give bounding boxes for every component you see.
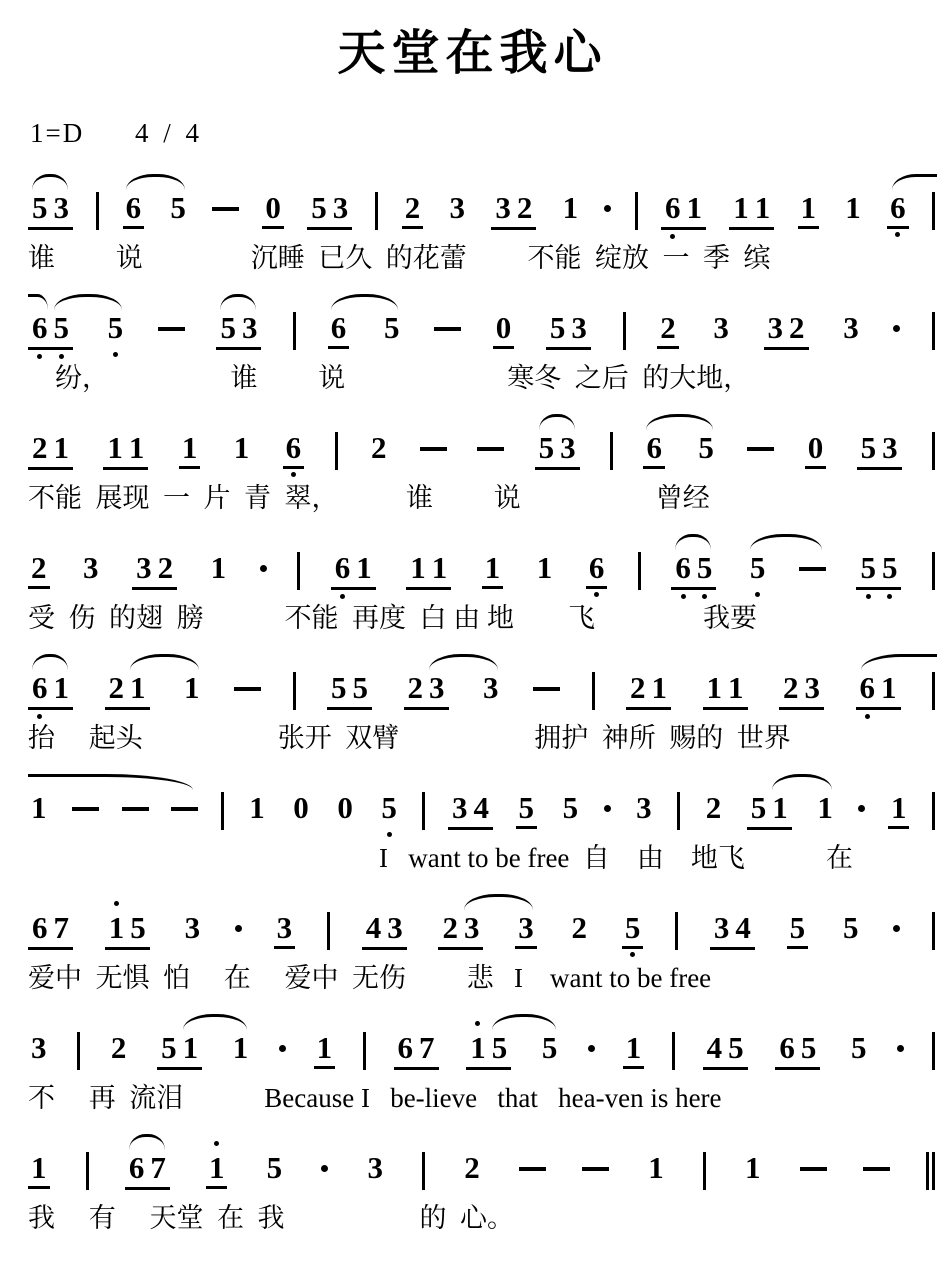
note-group: 32 [132, 550, 177, 590]
duration-dash [800, 1167, 827, 1171]
score-system: 5365053233216111116谁 说 沉睡 已久 的花蕾 不能 绽放 一… [28, 172, 937, 292]
lyrics-line: 谁 说 沉睡 已久 的花蕾 不能 绽放 一 季 缤 [28, 241, 937, 275]
note-group: 23 [404, 670, 449, 710]
note: 1 [407, 550, 429, 586]
dotted-note-dot [858, 805, 865, 812]
note: 1 [51, 670, 73, 706]
barline [638, 552, 641, 590]
duration-dash [122, 807, 149, 811]
barline [293, 672, 296, 710]
note: 5 [378, 790, 400, 829]
note: 1 [51, 430, 73, 466]
note: 5 [489, 1030, 511, 1066]
score-system: 655536505323323 纷， 谁 说 寒冬 之后 的大地， [28, 292, 937, 412]
barline [293, 312, 296, 350]
note-group: 5 [167, 190, 189, 229]
note: 6 [126, 1150, 148, 1186]
note-group: 65 [671, 550, 716, 590]
note: 4 [732, 910, 754, 946]
score-system: 211111625365053不能 展现 一 片 青 翠， 谁 说 曾经 [28, 412, 937, 532]
note: 5 [539, 1030, 561, 1069]
note-group: 53 [546, 310, 591, 350]
note-group: 5 [695, 430, 717, 469]
slur-arc [129, 1134, 165, 1150]
note-group: 1 [179, 430, 201, 469]
note: 1 [230, 1030, 252, 1069]
key-time-line: 1=D 4 / 4 [30, 118, 203, 149]
barline [932, 552, 935, 590]
note-group: 21 [28, 430, 73, 470]
note: 6 [586, 550, 608, 589]
note-group: 2 [402, 190, 424, 229]
note-group: 11 [729, 190, 774, 230]
note-group: 67 [125, 1150, 170, 1190]
note-group: 3 [840, 310, 862, 349]
note: 3 [765, 310, 787, 346]
slur-arc [220, 294, 256, 310]
score-system: 110053455325111 I want to be free 自 由 地飞… [28, 772, 937, 892]
note-group: 1 [888, 790, 910, 829]
barline [422, 1152, 425, 1190]
note: 5 [694, 550, 716, 586]
score: 5365053233216111116谁 说 沉睡 已久 的花蕾 不能 绽放 一… [28, 172, 937, 1252]
dotted-note-dot [279, 1045, 286, 1052]
time-signature: 4 / 4 [135, 118, 203, 148]
barline [363, 1032, 366, 1070]
note: 2 [786, 310, 808, 346]
duration-dash [171, 807, 198, 811]
note: 1 [814, 790, 836, 829]
barline [96, 192, 99, 230]
duration-dash [477, 447, 504, 451]
note: 3 [633, 790, 655, 829]
note-group: 21 [105, 670, 150, 710]
note-group: 1 [231, 430, 253, 469]
note-group: 15 [105, 910, 150, 950]
slur-arc [28, 774, 193, 790]
note: 5 [748, 790, 770, 826]
note: 5 [167, 190, 189, 229]
score-system: 23321611111665555受 伤 的翅 膀 不能 再度 白 由 地 飞 … [28, 532, 937, 652]
note-group: 1 [814, 790, 836, 829]
note: 6 [283, 430, 305, 469]
duration-dash [72, 807, 99, 811]
note-group: 0 [262, 190, 284, 229]
note-group: 5 [622, 910, 644, 949]
dotted-note-dot [893, 925, 900, 932]
note: 1 [645, 1150, 667, 1189]
barline [327, 912, 330, 950]
duration-dash [434, 327, 461, 331]
notes-row: 67153343233253455 [28, 892, 937, 952]
barline [932, 312, 935, 350]
note: 6 [643, 430, 665, 469]
note-group: 2 [461, 1150, 483, 1189]
note: 2 [402, 190, 424, 229]
slur-arc [772, 774, 832, 790]
note-group: 1 [208, 550, 230, 589]
lyrics-line: 不 再 流泪 Because I be-lieve that hea-ven i… [28, 1081, 937, 1115]
dotted-note-dot [604, 205, 611, 212]
note: 1 [842, 190, 864, 229]
notes-row: 655536505323323 [28, 292, 937, 352]
note-group: 65 [775, 1030, 820, 1070]
note: 1 [180, 1030, 202, 1066]
note-group: 1 [230, 1030, 252, 1069]
slur-arc [429, 654, 498, 670]
slur-arc [32, 174, 68, 190]
note: 7 [147, 1150, 169, 1186]
note: 4 [704, 1030, 726, 1066]
note: 3 [557, 430, 579, 466]
lyrics-line: 爱中 无惧 怕 在 爱中 无伤 悲 I want to be free [28, 961, 937, 995]
note: 0 [334, 790, 356, 829]
note-group: 2 [703, 790, 725, 829]
note: 3 [80, 550, 102, 589]
slur-arc [32, 654, 68, 670]
score-system: 67153343233253455爱中 无惧 怕 在 爱中 无伤 悲 I wan… [28, 892, 937, 1012]
score-system: 167153211我 有 天堂 在 我 的 心。 [28, 1132, 937, 1252]
note-group: 5 [840, 910, 862, 949]
note: 3 [426, 670, 448, 706]
note-group: 61 [856, 670, 901, 710]
duration-dash [747, 447, 774, 451]
note: 1 [769, 790, 791, 826]
note: 1 [752, 190, 774, 226]
note: 5 [857, 550, 879, 586]
note: 1 [246, 790, 268, 829]
note: 5 [695, 430, 717, 469]
duration-dash [519, 1167, 546, 1171]
note-group: 1 [246, 790, 268, 829]
duration-dash [158, 327, 185, 331]
note: 1 [104, 430, 126, 466]
note-group: 51 [157, 1030, 202, 1070]
note: 3 [364, 1150, 386, 1189]
note: 3 [384, 910, 406, 946]
slur-arc [492, 1014, 557, 1030]
barline [297, 552, 300, 590]
note: 5 [308, 190, 330, 226]
note-group: 11 [406, 550, 451, 590]
slur-arc [130, 654, 199, 670]
note-group: 53 [216, 310, 261, 350]
note: 7 [416, 1030, 438, 1066]
barline [932, 192, 935, 230]
slur-arc [539, 414, 575, 430]
dotted-note-dot [235, 925, 242, 932]
notes-row: 110053455325111 [28, 772, 937, 832]
note-group: 43 [362, 910, 407, 950]
note: 5 [51, 310, 73, 346]
note: 3 [28, 1030, 50, 1069]
note: 5 [105, 310, 127, 349]
note: 6 [857, 670, 879, 706]
note: 2 [439, 910, 461, 946]
note: 6 [887, 190, 909, 229]
barline [932, 432, 935, 470]
duration-dash [420, 447, 447, 451]
note: 5 [29, 190, 51, 226]
note: 6 [29, 310, 51, 346]
note: 3 [879, 430, 901, 466]
note: 3 [461, 910, 483, 946]
note-group: 0 [334, 790, 356, 829]
barline [703, 1152, 706, 1190]
lyrics-line: 抬 起头 张开 双臂 拥护 神所 赐的 世界 [28, 721, 937, 755]
slur-arc [861, 654, 937, 670]
note-group: 55 [327, 670, 372, 710]
note-group: 34 [710, 910, 755, 950]
barline [932, 912, 935, 950]
notes-row: 23321611111665555 [28, 532, 937, 592]
note-group: 3 [80, 550, 102, 589]
score-system: 32511167155145655不 再 流泪 Because I be-lie… [28, 1012, 937, 1132]
dotted-note-dot [604, 805, 611, 812]
lyrics-line: 我 有 天堂 在 我 的 心。 [28, 1201, 937, 1235]
note-group: 15 [466, 1030, 511, 1070]
barline [932, 672, 935, 710]
note-group: 11 [703, 670, 748, 710]
note: 3 [447, 190, 469, 229]
note: 5 [725, 1030, 747, 1066]
note: 1 [888, 790, 910, 829]
note: 1 [314, 1030, 336, 1069]
barline [592, 672, 595, 710]
note: 1 [429, 550, 451, 586]
note: 0 [290, 790, 312, 829]
duration-dash [533, 687, 560, 691]
slur-arc [675, 534, 711, 550]
note-group: 0 [493, 310, 515, 349]
note-group: 67 [28, 910, 73, 950]
note-group: 32 [491, 190, 536, 230]
note: 1 [231, 430, 253, 469]
note-group: 11 [103, 430, 148, 470]
note: 2 [657, 310, 679, 349]
key-signature: 1=D [30, 118, 84, 148]
note: 1 [208, 550, 230, 589]
sheet-page: 天堂在我心 1=D 4 / 4 5365053233216111116谁 说 沉… [0, 0, 945, 1270]
note-group: 61 [661, 190, 706, 230]
note-group: 3 [274, 910, 296, 949]
slur-arc [646, 414, 712, 430]
note-group: 53 [857, 430, 902, 470]
duration-dash [582, 1167, 609, 1171]
note-group: 5 [539, 1030, 561, 1069]
note: 1 [742, 1150, 764, 1189]
note: 5 [879, 550, 901, 586]
notes-row: 167153211 [28, 1132, 937, 1192]
barline [675, 912, 678, 950]
dotted-note-dot [897, 1045, 904, 1052]
note: 3 [51, 190, 73, 226]
note: 6 [395, 1030, 417, 1066]
lyrics-line: 纷， 谁 说 寒冬 之后 的大地， [28, 361, 937, 395]
note-group: 1 [842, 190, 864, 229]
note: 5 [127, 910, 149, 946]
note: 1 [353, 550, 375, 586]
barline [610, 432, 613, 470]
note: 0 [493, 310, 515, 349]
barline [677, 792, 680, 830]
note-group: 5 [378, 790, 400, 829]
note-group: 53 [535, 430, 580, 470]
note: 6 [776, 1030, 798, 1066]
note: 1 [126, 430, 148, 466]
note: 6 [328, 310, 350, 349]
duration-dash [799, 567, 826, 571]
note: 3 [840, 310, 862, 349]
barline [623, 312, 626, 350]
note: 3 [449, 790, 471, 826]
barline [221, 792, 224, 830]
note-group: 5 [105, 310, 127, 349]
note-group: 3 [515, 910, 537, 949]
note-group: 6 [328, 310, 350, 349]
note: 2 [155, 550, 177, 586]
note-group: 2 [368, 430, 390, 469]
note: 6 [662, 190, 684, 226]
barline [77, 1032, 80, 1070]
note: 1 [106, 910, 128, 946]
slur-arc [464, 894, 533, 910]
barline [672, 1032, 675, 1070]
note-group: 6 [887, 190, 909, 229]
barline [635, 192, 638, 230]
note: 5 [840, 910, 862, 949]
note: 2 [780, 670, 802, 706]
note: 1 [179, 430, 201, 469]
note: 1 [683, 190, 705, 226]
note: 5 [787, 910, 809, 949]
note-group: 5 [787, 910, 809, 949]
slur-arc [28, 294, 48, 310]
note-group: 1 [28, 790, 50, 829]
note: 2 [108, 1030, 130, 1069]
note-group: 1 [314, 1030, 336, 1069]
note-group: 1 [742, 1150, 764, 1189]
note-group: 5 [560, 790, 582, 829]
note: 3 [480, 670, 502, 709]
note: 1 [28, 1150, 50, 1189]
note: 2 [405, 670, 427, 706]
note: 1 [725, 670, 747, 706]
duration-dash [234, 687, 261, 691]
note-group: 1 [798, 190, 820, 229]
note: 1 [649, 670, 671, 706]
note-group: 53 [307, 190, 352, 230]
note: 5 [381, 310, 403, 349]
note: 3 [492, 190, 514, 226]
note: 2 [368, 430, 390, 469]
note: 5 [547, 310, 569, 346]
note: 3 [710, 310, 732, 349]
note: 3 [568, 310, 590, 346]
note: 3 [330, 190, 352, 226]
note: 3 [802, 670, 824, 706]
note: 1 [467, 1030, 489, 1066]
note: 4 [363, 910, 385, 946]
note-group: 5 [264, 1150, 286, 1189]
note-group: 1 [482, 550, 504, 589]
final-barline [926, 1152, 935, 1190]
note: 1 [206, 1150, 228, 1189]
duration-dash [212, 207, 239, 211]
barline [335, 432, 338, 470]
dotted-note-dot [893, 325, 900, 332]
note: 3 [239, 310, 261, 346]
note: 1 [730, 190, 752, 226]
slur-arc [331, 294, 399, 310]
note-group: 34 [448, 790, 493, 830]
note: 1 [623, 1030, 645, 1069]
note: 6 [29, 670, 51, 706]
note: 2 [461, 1150, 483, 1189]
note: 5 [848, 1030, 870, 1069]
barline [932, 1032, 935, 1070]
note: 2 [627, 670, 649, 706]
note: 1 [534, 550, 556, 589]
note: 6 [332, 550, 354, 586]
barline [375, 192, 378, 230]
note-group: 6 [586, 550, 608, 589]
note: 2 [28, 550, 50, 589]
note-group: 3 [633, 790, 655, 829]
note: 6 [672, 550, 694, 586]
dotted-note-dot [588, 1045, 595, 1052]
note: 7 [51, 910, 73, 946]
notes-row: 211111625365053 [28, 412, 937, 472]
note: 1 [878, 670, 900, 706]
slur-arc [54, 294, 123, 310]
duration-dash [863, 1167, 890, 1171]
note-group: 65 [28, 310, 73, 350]
note-group: 5 [747, 550, 769, 589]
note-group: 45 [703, 1030, 748, 1070]
note-group: 2 [28, 550, 50, 589]
note: 3 [515, 910, 537, 949]
notes-row: 612115523321112361 [28, 652, 937, 712]
note-group: 1 [560, 190, 582, 229]
note: 5 [328, 670, 350, 706]
note-group: 6 [123, 190, 145, 229]
note-group: 1 [645, 1150, 667, 1189]
notes-row: 32511167155145655 [28, 1012, 937, 1072]
note-group: 3 [28, 1030, 50, 1069]
note: 1 [181, 670, 203, 709]
slur-arc [892, 174, 937, 190]
note: 2 [703, 790, 725, 829]
note-group: 5 [381, 310, 403, 349]
note-group: 61 [28, 670, 73, 710]
note: 5 [622, 910, 644, 949]
note: 5 [798, 1030, 820, 1066]
note: 6 [29, 910, 51, 946]
note: 3 [274, 910, 296, 949]
note-group: 55 [856, 550, 901, 590]
note-group: 1 [623, 1030, 645, 1069]
note: 5 [536, 430, 558, 466]
note-group: 1 [534, 550, 556, 589]
note: 5 [560, 790, 582, 829]
slur-arc [183, 1014, 248, 1030]
notes-row: 5365053233216111116 [28, 172, 937, 232]
note-group: 0 [805, 430, 827, 469]
note-group: 1 [206, 1150, 228, 1189]
slur-arc [750, 534, 822, 550]
note-group: 3 [447, 190, 469, 229]
